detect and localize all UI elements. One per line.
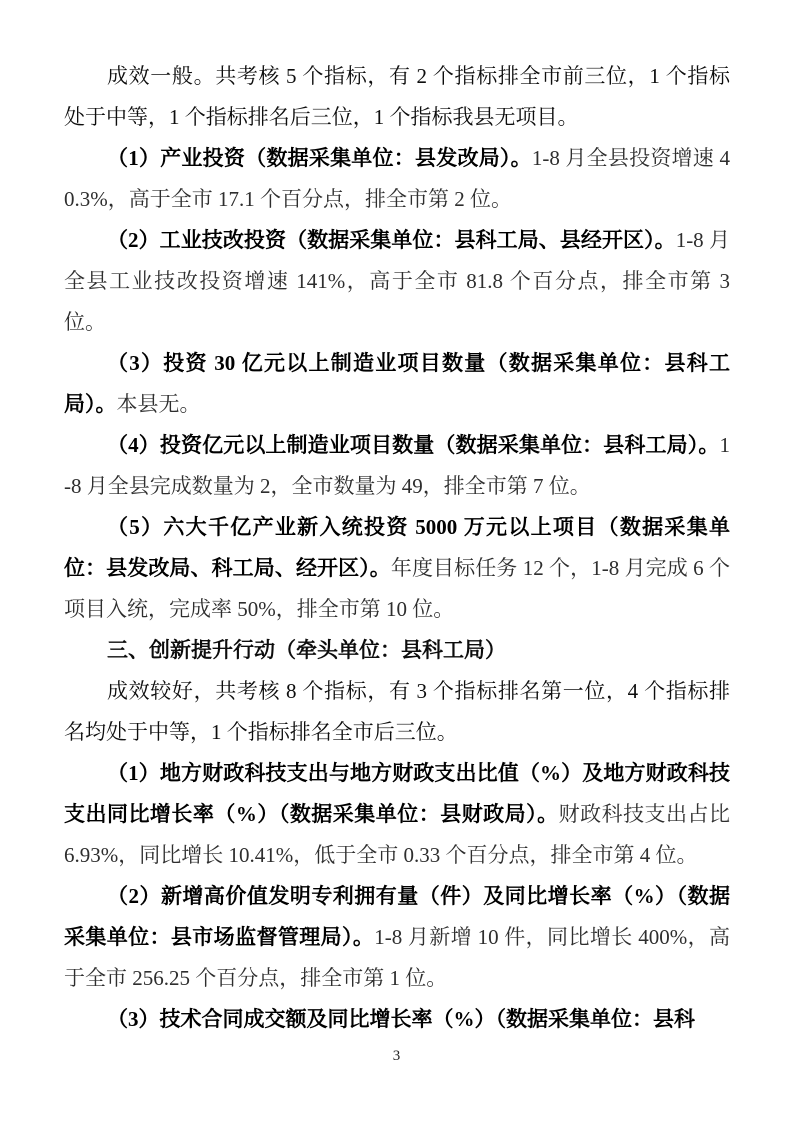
paragraph: （5）六大千亿产业新入统投资 5000 万元以上项目（数据采集单位：县发改局、科… bbox=[64, 507, 730, 630]
paragraph: （2）工业技改投资（数据采集单位：县科工局、县经开区）。1-8 月全县工业技改投… bbox=[64, 220, 730, 343]
text-segment: （1）产业投资（数据采集单位：县发改局）。 bbox=[107, 146, 532, 170]
paragraph: 成效一般。共考核 5 个指标，有 2 个指标排全市前三位，1 个指标处于中等，1… bbox=[64, 56, 730, 138]
paragraph: （3）技术合同成交额及同比增长率（%）（数据采集单位：县科 bbox=[64, 999, 730, 1040]
paragraph: （1）地方财政科技支出与地方财政支出比值（%）及地方财政科技支出同比增长率（%）… bbox=[64, 753, 730, 876]
page-number: 3 bbox=[0, 1046, 793, 1066]
text-segment: （3）技术合同成交额及同比增长率（%）（数据采集单位：县科 bbox=[107, 1007, 695, 1031]
text-segment: （4）投资亿元以上制造业项目数量（数据采集单位：县科工局）。 bbox=[107, 433, 720, 457]
paragraph: （4）投资亿元以上制造业项目数量（数据采集单位：县科工局）。1-8 月全县完成数… bbox=[64, 425, 730, 507]
section-heading: 三、创新提升行动（牵头单位：县科工局） bbox=[64, 630, 730, 671]
document-page: 成效一般。共考核 5 个指标，有 2 个指标排全市前三位，1 个指标处于中等，1… bbox=[0, 0, 793, 1122]
paragraph: （3）投资 30 亿元以上制造业项目数量（数据采集单位：县科工局）。本县无。 bbox=[64, 343, 730, 425]
document-body: 成效一般。共考核 5 个指标，有 2 个指标排全市前三位，1 个指标处于中等，1… bbox=[64, 56, 730, 1040]
text-segment: （2）工业技改投资（数据采集单位：县科工局、县经开区）。 bbox=[107, 228, 676, 252]
paragraph: 成效较好，共考核 8 个指标，有 3 个指标排名第一位，4 个指标排名均处于中等… bbox=[64, 671, 730, 753]
text-segment: 本县无。 bbox=[117, 392, 201, 416]
text-segment: 成效较好，共考核 8 个指标，有 3 个指标排名第一位，4 个指标排名均处于中等… bbox=[64, 679, 730, 744]
text-segment: 三、创新提升行动（牵头单位：县科工局） bbox=[107, 639, 506, 662]
text-segment: 成效一般。共考核 5 个指标，有 2 个指标排全市前三位，1 个指标处于中等，1… bbox=[64, 64, 730, 129]
paragraph: （1）产业投资（数据采集单位：县发改局）。1-8 月全县投资增速 40.3%，高… bbox=[64, 138, 730, 220]
paragraph: （2）新增高价值发明专利拥有量（件）及同比增长率（%）（数据采集单位：县市场监督… bbox=[64, 876, 730, 999]
